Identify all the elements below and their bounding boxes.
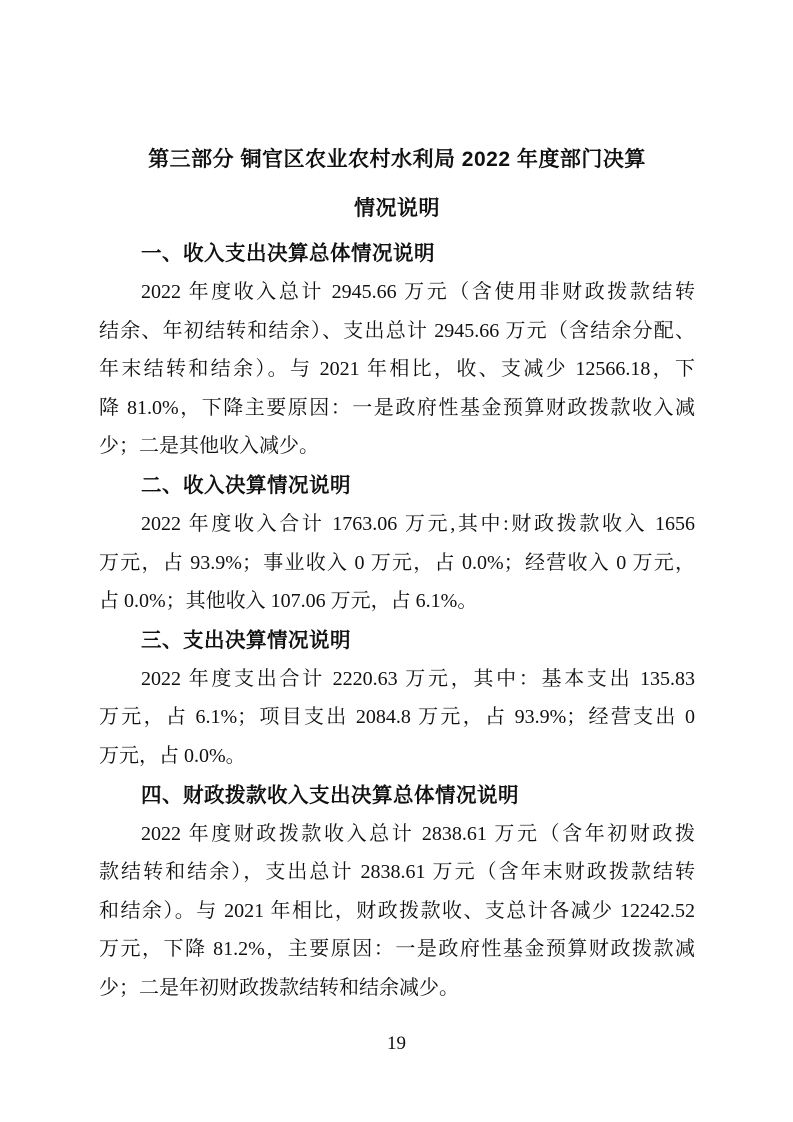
section-4-line-2: 款结转和结余），支出总计 2838.61 万元（含年末财政拨款结转	[99, 853, 695, 892]
section-4-line-4: 万元，下降 81.2%，主要原因：一是政府性基金预算财政拨款减	[99, 930, 695, 969]
section-2-heading: 二、收入决算情况说明	[99, 466, 695, 505]
section-3-line-1: 2022 年度支出合计 2220.63 万元，其中：基本支出 135.83	[99, 660, 695, 699]
section-3-line-2: 万元，占 6.1%；项目支出 2084.8 万元，占 93.9%；经营支出 0	[99, 698, 695, 737]
section-1-heading: 一、收入支出决算总体情况说明	[99, 234, 695, 273]
section-2-line-1: 2022 年度收入合计 1763.06 万元,其中:财政拨款收入 1656	[99, 505, 695, 544]
document-title-line-1: 第三部分 铜官区农业农村水利局 2022 年度部门决算	[99, 140, 695, 179]
section-3-line-3: 万元，占 0.0%。	[99, 737, 695, 776]
section-1-line-4: 降 81.0%，下降主要原因：一是政府性基金预算财政拨款收入减	[99, 389, 695, 428]
page-number: 19	[0, 1033, 793, 1055]
section-3-heading: 三、支出决算情况说明	[99, 621, 695, 660]
document-content: 第三部分 铜官区农业农村水利局 2022 年度部门决算 情况说明 一、收入支出决…	[99, 140, 695, 1008]
section-4-line-5: 少；二是年初财政拨款结转和结余减少。	[99, 969, 695, 1008]
section-4-heading: 四、财政拨款收入支出决算总体情况说明	[99, 776, 695, 815]
section-2-line-3: 占 0.0%；其他收入 107.06 万元，占 6.1%。	[99, 582, 695, 621]
section-1-line-3: 年末结转和结余）。与 2021 年相比，收、支减少 12566.18，下	[99, 350, 695, 389]
section-4-line-3: 和结余）。与 2021 年相比，财政拨款收、支总计各减少 12242.52	[99, 892, 695, 931]
section-2-line-2: 万元，占 93.9%；事业收入 0 万元，占 0.0%；经营收入 0 万元，	[99, 544, 695, 583]
document-title-line-2: 情况说明	[99, 189, 695, 228]
document-page: 第三部分 铜官区农业农村水利局 2022 年度部门决算 情况说明 一、收入支出决…	[0, 0, 793, 1122]
section-1-line-1: 2022 年度收入总计 2945.66 万元（含使用非财政拨款结转	[99, 273, 695, 312]
section-1-line-2: 结余、年初结转和结余）、支出总计 2945.66 万元（含结余分配、	[99, 312, 695, 351]
section-4-line-1: 2022 年度财政拨款收入总计 2838.61 万元（含年初财政拨	[99, 815, 695, 854]
section-1-line-5: 少；二是其他收入减少。	[99, 427, 695, 466]
